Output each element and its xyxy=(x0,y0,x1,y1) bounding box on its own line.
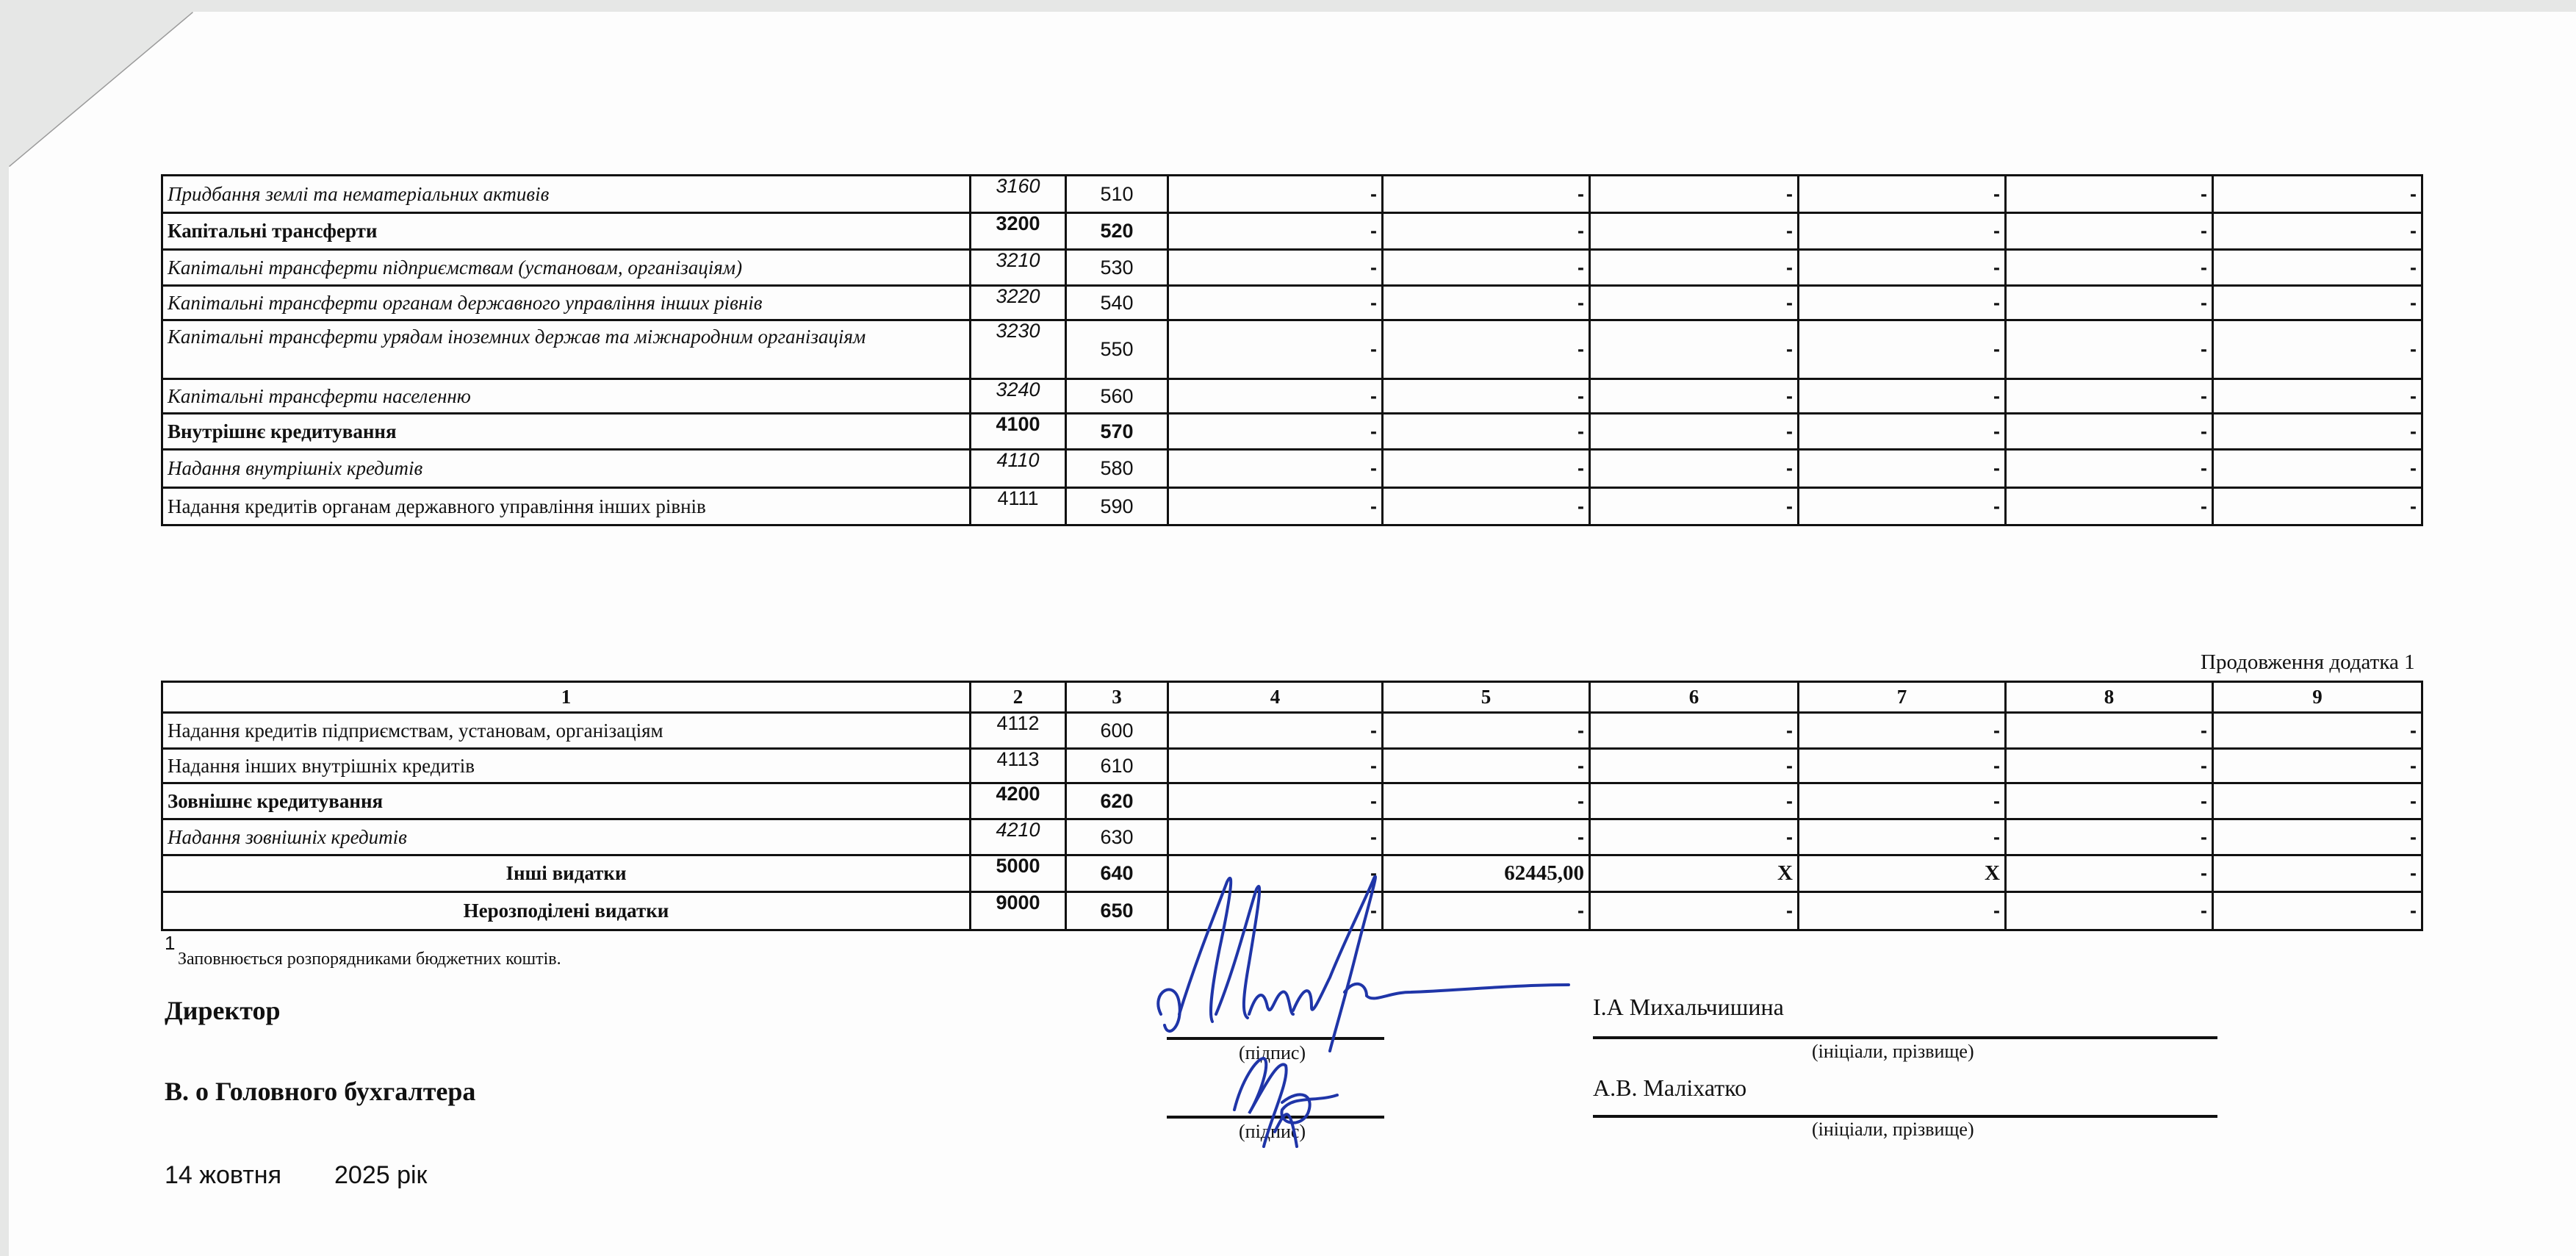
value-cell-col-8: - xyxy=(2006,749,2213,783)
accountant-role: В. о Головного бухгалтера xyxy=(165,1076,475,1107)
value-cell-col-9: - xyxy=(2213,320,2422,379)
value-cell-col-4: - xyxy=(1168,379,1383,414)
value-cell-col-9: - xyxy=(2213,488,2422,525)
expense-name: Нерозподілені видатки xyxy=(162,892,971,930)
value-cell-col-6: - xyxy=(1590,749,1799,783)
row-code: 510 xyxy=(1066,176,1168,213)
value-cell-col-6: - xyxy=(1590,176,1799,213)
value-cell-col-7: - xyxy=(1799,819,2006,855)
row-code: 600 xyxy=(1066,713,1168,749)
value-cell-col-8: - xyxy=(2006,320,2213,379)
column-number-header: 1 xyxy=(162,682,971,713)
row-code: 610 xyxy=(1066,749,1168,783)
value-cell-col-7: - xyxy=(1799,320,2006,379)
value-cell-col-8: - xyxy=(2006,892,2213,930)
table-row: Надання зовнішніх кредитів4210630------ xyxy=(162,819,2422,855)
footnote-text: Заповнюється розпорядниками бюджетних ко… xyxy=(178,950,561,969)
value-cell-col-4: - xyxy=(1168,286,1383,320)
value-cell-col-4: - xyxy=(1168,450,1383,488)
value-cell-col-6: - xyxy=(1590,783,1799,819)
accountant-signature-ink xyxy=(1220,1029,1367,1154)
row-code: 570 xyxy=(1066,414,1168,450)
value-cell-col-6: - xyxy=(1590,213,1799,250)
value-cell-col-9: - xyxy=(2213,749,2422,783)
value-cell-col-5: - xyxy=(1383,379,1590,414)
value-cell-col-6: - xyxy=(1590,379,1799,414)
director-role: Директор xyxy=(165,995,280,1026)
column-number-header: 8 xyxy=(2006,682,2213,713)
value-cell-col-4: - xyxy=(1168,713,1383,749)
row-code: 580 xyxy=(1066,450,1168,488)
value-cell-col-6: - xyxy=(1590,892,1799,930)
value-cell-col-7: - xyxy=(1799,713,2006,749)
value-cell-col-9: - xyxy=(2213,176,2422,213)
value-cell-col-7: - xyxy=(1799,250,2006,286)
value-cell-col-6: - xyxy=(1590,286,1799,320)
kekv-code: 4110 xyxy=(971,450,1066,488)
row-code: 520 xyxy=(1066,213,1168,250)
value-cell-col-9: - xyxy=(2213,892,2422,930)
value-cell-col-8: - xyxy=(2006,250,2213,286)
value-cell-col-9: - xyxy=(2213,783,2422,819)
expense-name: Капітальні трансферти підприємствам (уст… xyxy=(162,250,971,286)
value-cell-col-5: - xyxy=(1383,713,1590,749)
accountant-name: А.В. Маліхатко xyxy=(1593,1074,1746,1102)
value-cell-col-9: - xyxy=(2213,414,2422,450)
kekv-code: 5000 xyxy=(971,855,1066,892)
expense-name: Капітальні трансферти органам державного… xyxy=(162,286,971,320)
expense-name: Зовнішнє кредитування xyxy=(162,783,971,819)
value-cell-col-5: - xyxy=(1383,819,1590,855)
table-row: Зовнішнє кредитування4200620------ xyxy=(162,783,2422,819)
expense-name: Надання кредитів підприємствам, установа… xyxy=(162,713,971,749)
value-cell-col-7: - xyxy=(1799,783,2006,819)
kekv-code: 3220 xyxy=(971,286,1066,320)
value-cell-col-6: X xyxy=(1590,855,1799,892)
expense-name: Надання зовнішніх кредитів xyxy=(162,819,971,855)
column-number-header: 7 xyxy=(1799,682,2006,713)
value-cell-col-8: - xyxy=(2006,713,2213,749)
value-cell-col-7: - xyxy=(1799,749,2006,783)
value-cell-col-7: - xyxy=(1799,414,2006,450)
value-cell-col-4: - xyxy=(1168,250,1383,286)
table-row: Надання внутрішніх кредитів4110580------ xyxy=(162,450,2422,488)
continuation-label: Продовження додатка 1 xyxy=(2201,650,2415,675)
value-cell-col-8: - xyxy=(2006,783,2213,819)
value-cell-col-6: - xyxy=(1590,320,1799,379)
table-row: Внутрішнє кредитування4100570------ xyxy=(162,414,2422,450)
value-cell-col-8: - xyxy=(2006,450,2213,488)
value-cell-col-8: - xyxy=(2006,855,2213,892)
value-cell-col-9: - xyxy=(2213,250,2422,286)
value-cell-col-4: - xyxy=(1168,213,1383,250)
value-cell-col-5: - xyxy=(1383,450,1590,488)
value-cell-col-6: - xyxy=(1590,414,1799,450)
value-cell-col-9: - xyxy=(2213,713,2422,749)
value-cell-col-5: - xyxy=(1383,749,1590,783)
value-cell-col-8: - xyxy=(2006,176,2213,213)
value-cell-col-9: - xyxy=(2213,855,2422,892)
value-cell-col-4: - xyxy=(1168,749,1383,783)
director-name-caption: (ініціали, прізвище) xyxy=(1812,1041,1974,1063)
value-cell-col-5: - xyxy=(1383,250,1590,286)
value-cell-col-8: - xyxy=(2006,379,2213,414)
value-cell-col-7: - xyxy=(1799,286,2006,320)
expenditure-table-top: Придбання землі та нематеріальних активі… xyxy=(161,174,2423,526)
value-cell-col-7: X xyxy=(1799,855,2006,892)
value-cell-col-5: - xyxy=(1383,783,1590,819)
value-cell-col-6: - xyxy=(1590,250,1799,286)
value-cell-col-5: - xyxy=(1383,213,1590,250)
column-number-header: 9 xyxy=(2213,682,2422,713)
value-cell-col-7: - xyxy=(1799,892,2006,930)
row-code: 590 xyxy=(1066,488,1168,525)
accountant-name-line xyxy=(1593,1115,2217,1118)
row-code: 630 xyxy=(1066,819,1168,855)
value-cell-col-6: - xyxy=(1590,450,1799,488)
kekv-code: 9000 xyxy=(971,892,1066,930)
kekv-code: 3240 xyxy=(971,379,1066,414)
folded-corner-shadow xyxy=(9,12,229,188)
kekv-code: 4112 xyxy=(971,713,1066,749)
footnote-mark: 1 xyxy=(165,932,175,955)
value-cell-col-7: - xyxy=(1799,488,2006,525)
row-code: 530 xyxy=(1066,250,1168,286)
value-cell-col-9: - xyxy=(2213,819,2422,855)
value-cell-col-8: - xyxy=(2006,213,2213,250)
header-row: 123456789 xyxy=(162,682,2422,713)
kekv-code: 3200 xyxy=(971,213,1066,250)
value-cell-col-6: - xyxy=(1590,819,1799,855)
director-name-line xyxy=(1593,1036,2217,1039)
row-code: 620 xyxy=(1066,783,1168,819)
value-cell-col-5: - xyxy=(1383,414,1590,450)
kekv-code: 4210 xyxy=(971,819,1066,855)
kekv-code: 3210 xyxy=(971,250,1066,286)
column-number-header: 6 xyxy=(1590,682,1799,713)
date-day-month: 14 жовтня xyxy=(165,1161,281,1190)
row-code: 540 xyxy=(1066,286,1168,320)
date-year: 2025 рік xyxy=(334,1161,427,1190)
value-cell-col-9: - xyxy=(2213,286,2422,320)
column-number-header: 4 xyxy=(1168,682,1383,713)
kekv-code: 4200 xyxy=(971,783,1066,819)
value-cell-col-4: - xyxy=(1168,488,1383,525)
kekv-code: 3160 xyxy=(971,176,1066,213)
value-cell-col-5: - xyxy=(1383,488,1590,525)
value-cell-col-4: - xyxy=(1168,320,1383,379)
value-cell-col-5: - xyxy=(1383,320,1590,379)
kekv-code: 4113 xyxy=(971,749,1066,783)
table-row: Капітальні трансферти органам державного… xyxy=(162,286,2422,320)
table-row: Придбання землі та нематеріальних активі… xyxy=(162,176,2422,213)
value-cell-col-8: - xyxy=(2006,819,2213,855)
expense-name: Інші видатки xyxy=(162,855,971,892)
expense-name: Надання внутрішніх кредитів xyxy=(162,450,971,488)
table-row: Капітальні трансферти урядам іноземних д… xyxy=(162,320,2422,379)
kekv-code: 3230 xyxy=(971,320,1066,379)
kekv-code: 4111 xyxy=(971,488,1066,525)
table-row: Надання кредитів органам державного упра… xyxy=(162,488,2422,525)
expense-name: Придбання землі та нематеріальних активі… xyxy=(162,176,971,213)
value-cell-col-8: - xyxy=(2006,286,2213,320)
value-cell-col-7: - xyxy=(1799,176,2006,213)
director-name: І.А Михальчишина xyxy=(1593,994,1784,1021)
table-row: Капітальні трансферти3200520------ xyxy=(162,213,2422,250)
column-number-header: 2 xyxy=(971,682,1066,713)
value-cell-col-4: - xyxy=(1168,819,1383,855)
column-number-header: 5 xyxy=(1383,682,1590,713)
expense-name: Внутрішнє кредитування xyxy=(162,414,971,450)
value-cell-col-6: - xyxy=(1590,713,1799,749)
table-row: Надання кредитів підприємствам, установа… xyxy=(162,713,2422,749)
value-cell-col-5: - xyxy=(1383,176,1590,213)
value-cell-col-4: - xyxy=(1168,783,1383,819)
value-cell-col-9: - xyxy=(2213,450,2422,488)
value-cell-col-4: - xyxy=(1168,176,1383,213)
expense-name: Надання кредитів органам державного упра… xyxy=(162,488,971,525)
table-row: Надання інших внутрішніх кредитів4113610… xyxy=(162,749,2422,783)
row-code: 560 xyxy=(1066,379,1168,414)
value-cell-col-8: - xyxy=(2006,414,2213,450)
value-cell-col-5: - xyxy=(1383,286,1590,320)
value-cell-col-8: - xyxy=(2006,488,2213,525)
column-number-header: 3 xyxy=(1066,682,1168,713)
value-cell-col-9: - xyxy=(2213,379,2422,414)
director-signature-ink xyxy=(1146,867,1602,1058)
accountant-name-caption: (ініціали, прізвище) xyxy=(1812,1119,1974,1141)
value-cell-col-6: - xyxy=(1590,488,1799,525)
table-row: Капітальні трансферти підприємствам (уст… xyxy=(162,250,2422,286)
expense-name: Капітальні трансферти населенню xyxy=(162,379,971,414)
expense-name: Надання інших внутрішніх кредитів xyxy=(162,749,971,783)
kekv-code: 4100 xyxy=(971,414,1066,450)
value-cell-col-7: - xyxy=(1799,379,2006,414)
value-cell-col-9: - xyxy=(2213,213,2422,250)
value-cell-col-4: - xyxy=(1168,414,1383,450)
row-code: 550 xyxy=(1066,320,1168,379)
table-row: Капітальні трансферти населенню3240560--… xyxy=(162,379,2422,414)
expense-name: Капітальні трансферти xyxy=(162,213,971,250)
value-cell-col-7: - xyxy=(1799,450,2006,488)
value-cell-col-7: - xyxy=(1799,213,2006,250)
expense-name: Капітальні трансферти урядам іноземних д… xyxy=(162,320,971,379)
